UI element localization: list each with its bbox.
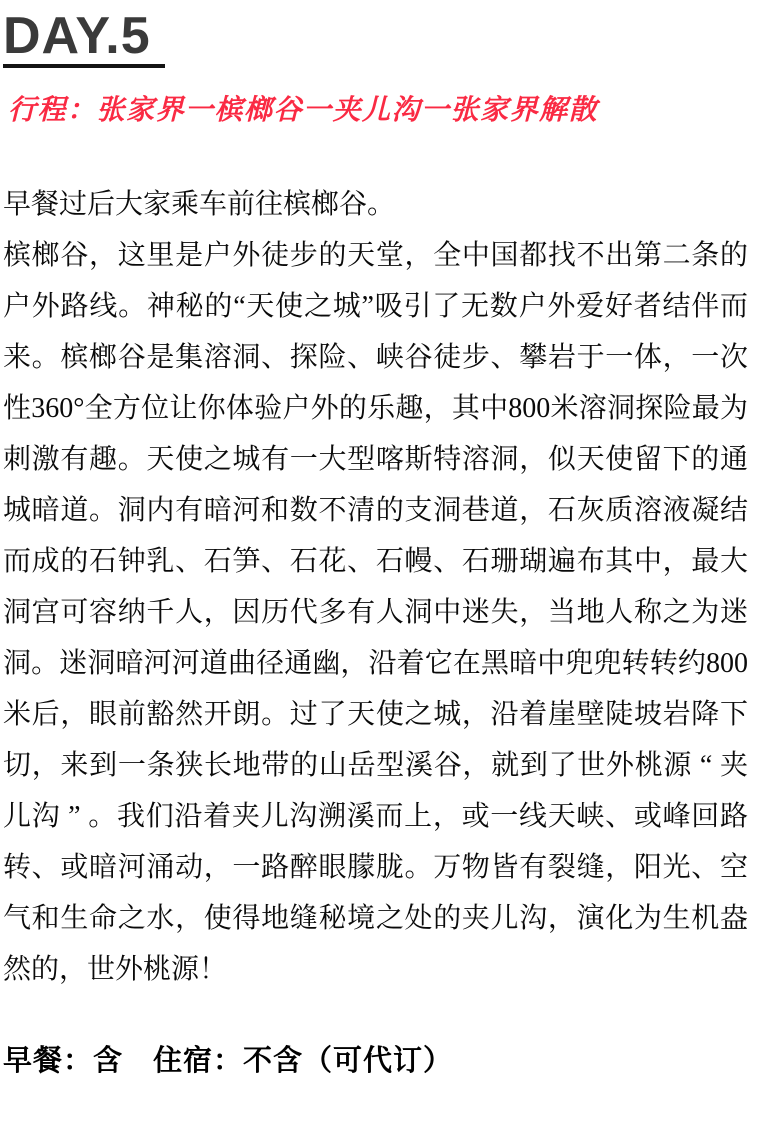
paragraph-binlang-valley: 槟榔谷，这里是户外徒步的天堂，全中国都找不出第二条的户外路线。神秘的“天使之城”… [3,230,748,995]
route-heading: 行程：张家界一槟榔谷一夹儿沟一张家界解散 [8,93,748,129]
itinerary-description: 早餐过后大家乘车前往槟榔谷。 槟榔谷，这里是户外徒步的天堂，全中国都找不出第二条… [3,179,748,995]
paragraph-breakfast-departure: 早餐过后大家乘车前往槟榔谷。 [3,179,748,230]
itinerary-page: DAY.5 行程：张家界一槟榔谷一夹儿沟一张家界解散 早餐过后大家乘车前往槟榔谷… [0,0,760,1142]
meal-lodging-info: 早餐：含 住宿：不含（可代订） [3,1041,748,1082]
page-title: DAY.5 [3,2,165,68]
